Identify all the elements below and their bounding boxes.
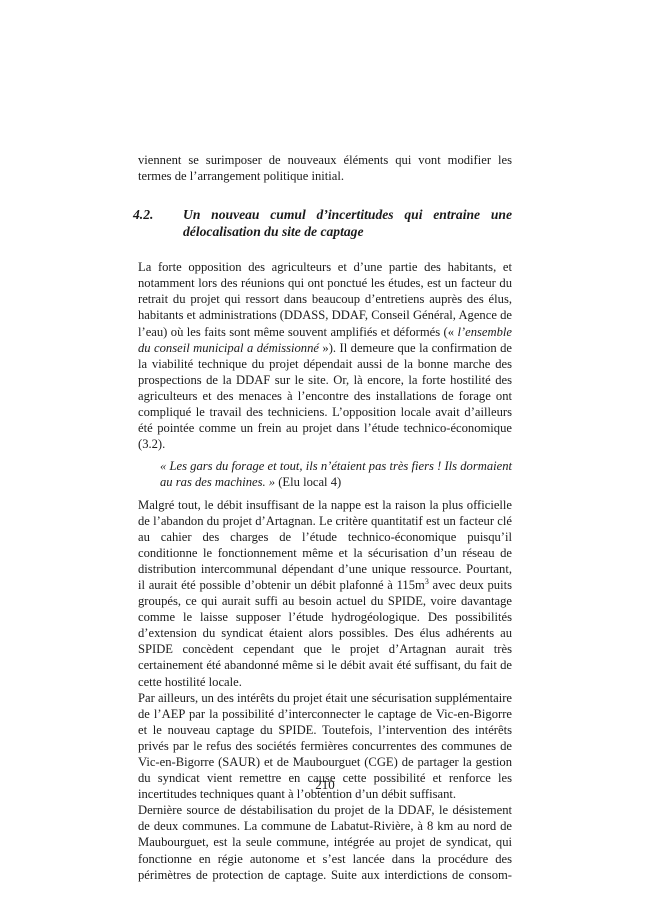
paragraph-desistement: Dernière source de déstabilisation du pr… [138, 802, 512, 882]
paragraph-opposition: La forte opposition des agriculteurs et … [138, 259, 512, 452]
quote-attribution: (Elu local 4) [275, 475, 341, 489]
paragraph-text: La forte opposition des agriculteurs et … [138, 260, 512, 338]
paragraph-debit: Malgré tout, le débit insuffisant de la … [138, 497, 512, 690]
intro-paragraph: viennent se surimposer de nouveaux éléme… [138, 152, 512, 184]
page-number: 210 [0, 777, 650, 793]
section-heading: 4.2.Un nouveau cumul d’incertitudes qui … [138, 206, 512, 240]
block-quote: « Les gars du forage et tout, ils n’étai… [160, 458, 512, 490]
paragraph-text: avec deux puits groupés, ce qui aurait s… [138, 578, 512, 689]
document-page: viennent se surimposer de nouveaux éléme… [138, 152, 512, 883]
section-number: 4.2. [158, 206, 183, 223]
section-title: Un nouveau cumul d’incertitudes qui entr… [183, 207, 512, 239]
paragraph-text: »). Il demeure que la confirmation de la… [138, 341, 512, 452]
